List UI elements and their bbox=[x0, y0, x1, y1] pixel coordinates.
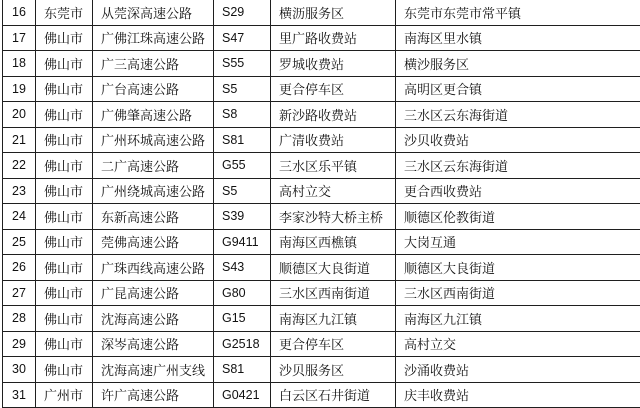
cell-station: 南海区西樵镇 bbox=[271, 229, 396, 255]
cell-city: 佛山市 bbox=[36, 127, 93, 153]
cell-row-number: 17 bbox=[3, 25, 36, 51]
cell-district: 大岗互通 bbox=[396, 229, 640, 255]
cell-district: 顺德区大良街道 bbox=[396, 255, 640, 281]
cell-row-number: 25 bbox=[3, 229, 36, 255]
cell-station: 罗城收费站 bbox=[271, 51, 396, 77]
cell-city: 东莞市 bbox=[36, 0, 93, 25]
cell-road-code: S29 bbox=[214, 0, 271, 25]
table-row: 17 佛山市 广佛江珠高速公路 S47 里广路收费站 南海区里水镇 bbox=[3, 25, 640, 51]
table-row: 20 佛山市 广佛肇高速公路 S8 新沙路收费站 三水区云东海街道 bbox=[3, 102, 640, 128]
cell-road-name: 广佛肇高速公路 bbox=[93, 102, 214, 128]
table-row: 24 佛山市 东新高速公路 S39 李家沙特大桥主桥 顺德区伦教街道 bbox=[3, 204, 640, 230]
cell-road-code: S39 bbox=[214, 204, 271, 230]
cell-row-number: 30 bbox=[3, 357, 36, 383]
cell-city: 佛山市 bbox=[36, 153, 93, 179]
cell-station: 三水区西南街道 bbox=[271, 280, 396, 306]
cell-city: 佛山市 bbox=[36, 255, 93, 281]
cell-road-name: 广昆高速公路 bbox=[93, 280, 214, 306]
cell-road-code: S5 bbox=[214, 178, 271, 204]
cell-road-code: S5 bbox=[214, 76, 271, 102]
cell-station: 顺德区大良街道 bbox=[271, 255, 396, 281]
cell-road-name: 东新高速公路 bbox=[93, 204, 214, 230]
cell-road-code: G0421 bbox=[214, 382, 271, 408]
table-row: 27 佛山市 广昆高速公路 G80 三水区西南街道 三水区西南街道 bbox=[3, 280, 640, 306]
cell-road-code: G55 bbox=[214, 153, 271, 179]
cell-road-code: G9411 bbox=[214, 229, 271, 255]
cell-road-name: 从莞深高速公路 bbox=[93, 0, 214, 25]
cell-row-number: 27 bbox=[3, 280, 36, 306]
cell-station: 横沥服务区 bbox=[271, 0, 396, 25]
cell-station: 李家沙特大桥主桥 bbox=[271, 204, 396, 230]
cell-city: 佛山市 bbox=[36, 331, 93, 357]
cell-district: 更合西收费站 bbox=[396, 178, 640, 204]
cell-station: 更合停车区 bbox=[271, 76, 396, 102]
table-row: 26 佛山市 广珠西线高速公路 S43 顺德区大良街道 顺德区大良街道 bbox=[3, 255, 640, 281]
cell-row-number: 22 bbox=[3, 153, 36, 179]
cell-road-code: S81 bbox=[214, 127, 271, 153]
cell-district: 横沙服务区 bbox=[396, 51, 640, 77]
cell-road-code: S55 bbox=[214, 51, 271, 77]
cell-row-number: 31 bbox=[3, 382, 36, 408]
cell-road-name: 广州环城高速公路 bbox=[93, 127, 214, 153]
highway-table-body: 16 东莞市 从莞深高速公路 S29 横沥服务区 东莞市东莞市常平镇 17 佛山… bbox=[3, 0, 640, 408]
cell-road-name: 二广高速公路 bbox=[93, 153, 214, 179]
cell-district: 南海区里水镇 bbox=[396, 25, 640, 51]
table-row: 16 东莞市 从莞深高速公路 S29 横沥服务区 东莞市东莞市常平镇 bbox=[3, 0, 640, 25]
cell-city: 佛山市 bbox=[36, 102, 93, 128]
cell-row-number: 28 bbox=[3, 306, 36, 332]
cell-city: 佛山市 bbox=[36, 25, 93, 51]
cell-station: 高村立交 bbox=[271, 178, 396, 204]
table-row: 31 广州市 许广高速公路 G0421 白云区石井街道 庆丰收费站 bbox=[3, 382, 640, 408]
cell-road-name: 沈海高速广州支线 bbox=[93, 357, 214, 383]
cell-station: 里广路收费站 bbox=[271, 25, 396, 51]
cell-road-name: 广州绕城高速公路 bbox=[93, 178, 214, 204]
highway-table: 16 东莞市 从莞深高速公路 S29 横沥服务区 东莞市东莞市常平镇 17 佛山… bbox=[2, 0, 640, 408]
table-row: 21 佛山市 广州环城高速公路 S81 广清收费站 沙贝收费站 bbox=[3, 127, 640, 153]
cell-district: 沙贝收费站 bbox=[396, 127, 640, 153]
cell-road-name: 莞佛高速公路 bbox=[93, 229, 214, 255]
cell-road-name: 广佛江珠高速公路 bbox=[93, 25, 214, 51]
table-row: 19 佛山市 广台高速公路 S5 更合停车区 高明区更合镇 bbox=[3, 76, 640, 102]
cell-station: 沙贝服务区 bbox=[271, 357, 396, 383]
cell-district: 三水区云东海街道 bbox=[396, 153, 640, 179]
cell-road-name: 许广高速公路 bbox=[93, 382, 214, 408]
cell-road-name: 广台高速公路 bbox=[93, 76, 214, 102]
table-row: 30 佛山市 沈海高速广州支线 S81 沙贝服务区 沙涌收费站 bbox=[3, 357, 640, 383]
cell-row-number: 23 bbox=[3, 178, 36, 204]
highway-table-container: 16 东莞市 从莞深高速公路 S29 横沥服务区 东莞市东莞市常平镇 17 佛山… bbox=[2, 0, 640, 408]
cell-station: 更合停车区 bbox=[271, 331, 396, 357]
cell-station: 广清收费站 bbox=[271, 127, 396, 153]
cell-district: 东莞市东莞市常平镇 bbox=[396, 0, 640, 25]
cell-row-number: 26 bbox=[3, 255, 36, 281]
table-row: 18 佛山市 广三高速公路 S55 罗城收费站 横沙服务区 bbox=[3, 51, 640, 77]
cell-road-code: S81 bbox=[214, 357, 271, 383]
table-row: 25 佛山市 莞佛高速公路 G9411 南海区西樵镇 大岗互通 bbox=[3, 229, 640, 255]
cell-district: 南海区九江镇 bbox=[396, 306, 640, 332]
cell-city: 广州市 bbox=[36, 382, 93, 408]
cell-road-code: G2518 bbox=[214, 331, 271, 357]
cell-station: 白云区石井街道 bbox=[271, 382, 396, 408]
cell-city: 佛山市 bbox=[36, 357, 93, 383]
table-row: 28 佛山市 沈海高速公路 G15 南海区九江镇 南海区九江镇 bbox=[3, 306, 640, 332]
cell-district: 顺德区伦教街道 bbox=[396, 204, 640, 230]
cell-row-number: 16 bbox=[3, 0, 36, 25]
cell-city: 佛山市 bbox=[36, 229, 93, 255]
cell-station: 新沙路收费站 bbox=[271, 102, 396, 128]
cell-district: 三水区云东海街道 bbox=[396, 102, 640, 128]
cell-row-number: 29 bbox=[3, 331, 36, 357]
table-row: 23 佛山市 广州绕城高速公路 S5 高村立交 更合西收费站 bbox=[3, 178, 640, 204]
cell-row-number: 24 bbox=[3, 204, 36, 230]
cell-road-code: G15 bbox=[214, 306, 271, 332]
cell-road-name: 广珠西线高速公路 bbox=[93, 255, 214, 281]
cell-district: 高村立交 bbox=[396, 331, 640, 357]
cell-district: 庆丰收费站 bbox=[396, 382, 640, 408]
cell-row-number: 18 bbox=[3, 51, 36, 77]
table-row: 29 佛山市 深岑高速公路 G2518 更合停车区 高村立交 bbox=[3, 331, 640, 357]
cell-road-code: S8 bbox=[214, 102, 271, 128]
cell-station: 南海区九江镇 bbox=[271, 306, 396, 332]
cell-city: 佛山市 bbox=[36, 204, 93, 230]
cell-road-name: 沈海高速公路 bbox=[93, 306, 214, 332]
cell-row-number: 20 bbox=[3, 102, 36, 128]
cell-city: 佛山市 bbox=[36, 178, 93, 204]
cell-city: 佛山市 bbox=[36, 280, 93, 306]
cell-road-code: S47 bbox=[214, 25, 271, 51]
cell-row-number: 19 bbox=[3, 76, 36, 102]
table-row: 22 佛山市 二广高速公路 G55 三水区乐平镇 三水区云东海街道 bbox=[3, 153, 640, 179]
cell-station: 三水区乐平镇 bbox=[271, 153, 396, 179]
cell-road-code: S43 bbox=[214, 255, 271, 281]
cell-city: 佛山市 bbox=[36, 306, 93, 332]
cell-road-code: G80 bbox=[214, 280, 271, 306]
cell-road-name: 深岑高速公路 bbox=[93, 331, 214, 357]
cell-district: 三水区西南街道 bbox=[396, 280, 640, 306]
cell-district: 沙涌收费站 bbox=[396, 357, 640, 383]
cell-city: 佛山市 bbox=[36, 76, 93, 102]
cell-road-name: 广三高速公路 bbox=[93, 51, 214, 77]
cell-row-number: 21 bbox=[3, 127, 36, 153]
cell-city: 佛山市 bbox=[36, 51, 93, 77]
cell-district: 高明区更合镇 bbox=[396, 76, 640, 102]
